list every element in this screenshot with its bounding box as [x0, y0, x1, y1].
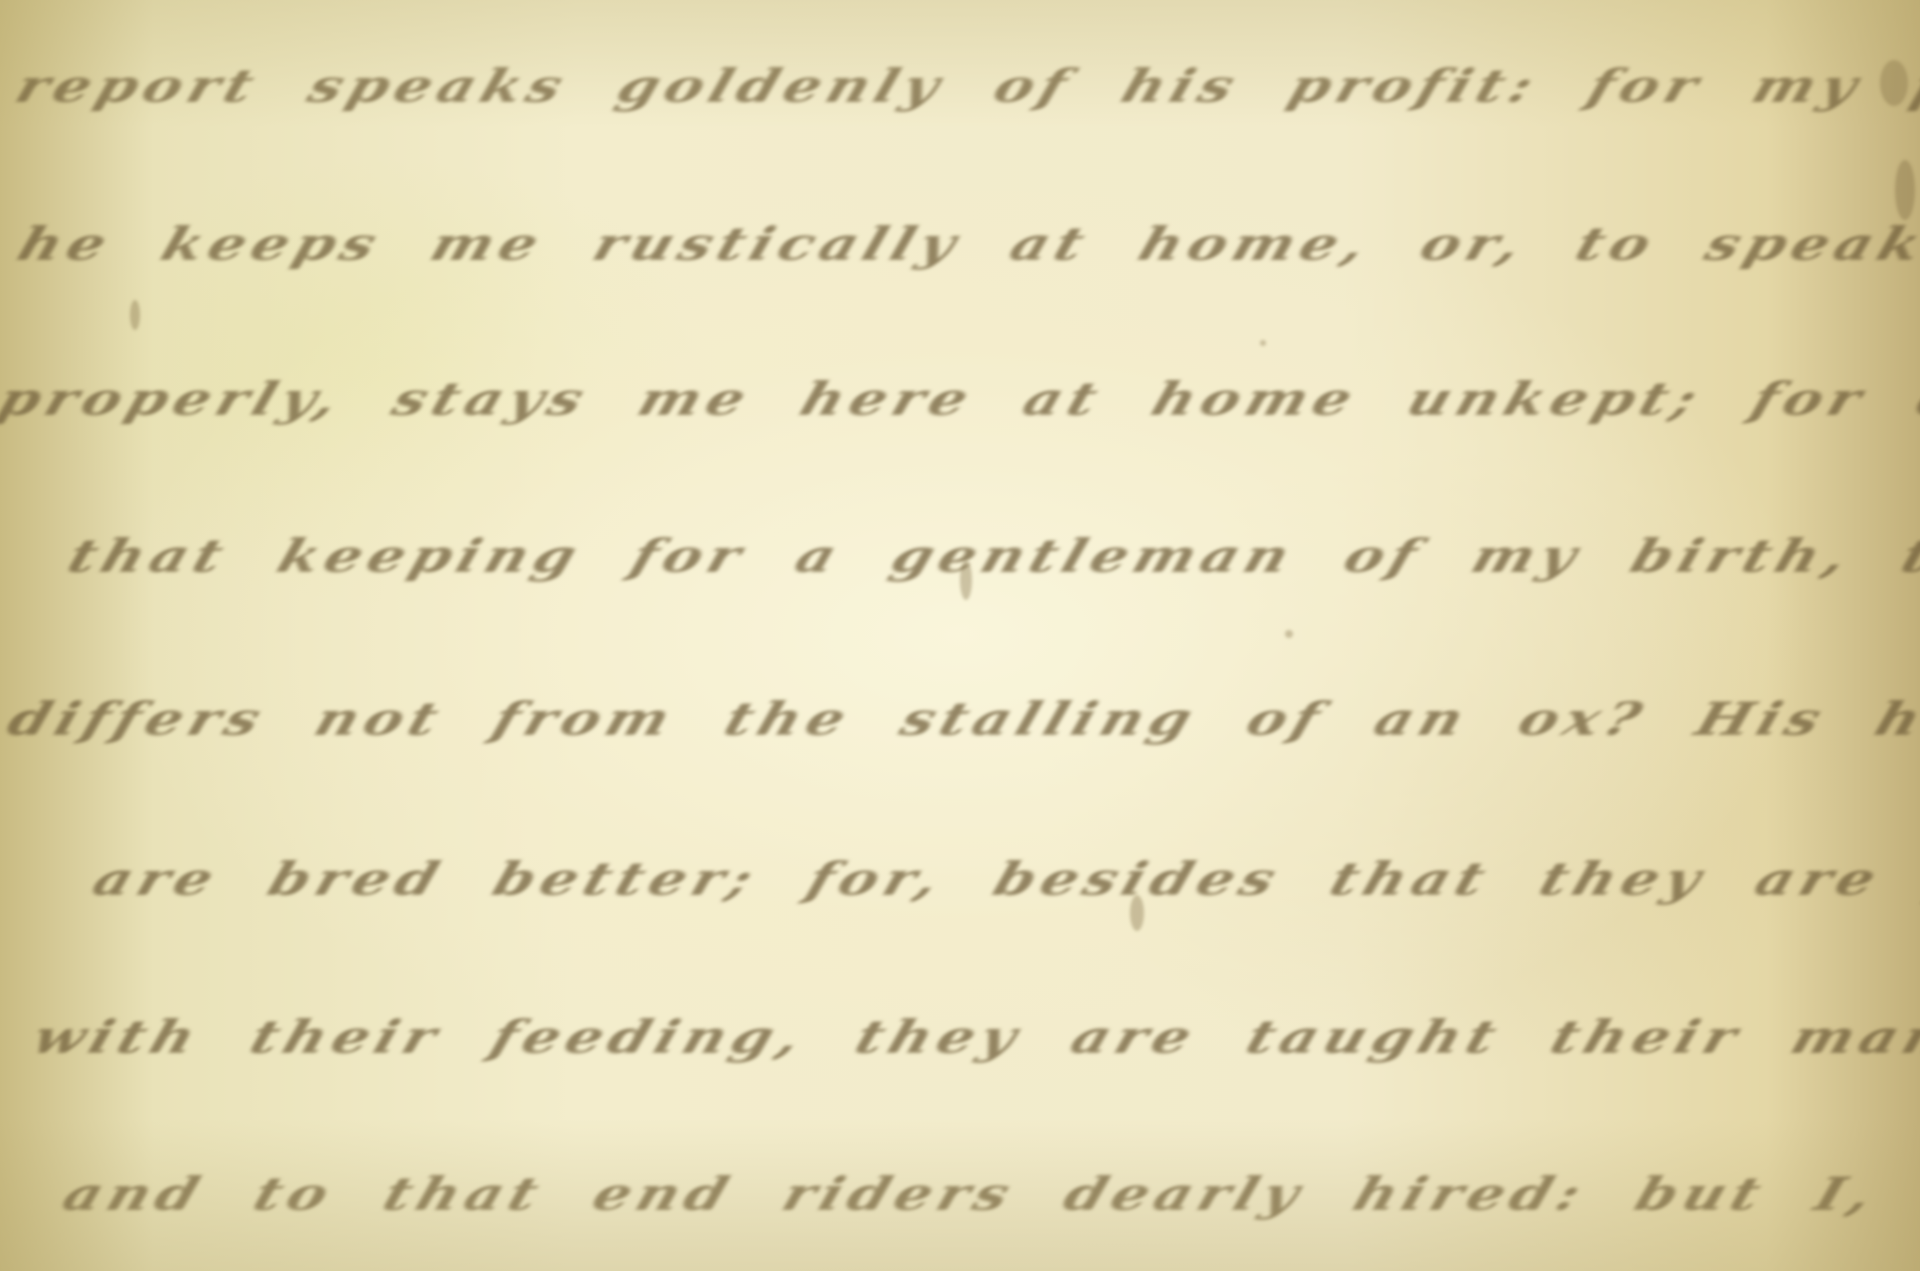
aged-paper-background	[0, 0, 1920, 1271]
ink-stain	[1260, 340, 1266, 346]
manuscript-line-7: with their feeding, they are taught thei…	[26, 1010, 1920, 1063]
manuscript-line-8: and to that end riders dearly hired: but…	[56, 1167, 1920, 1220]
ink-stain	[1285, 630, 1293, 638]
ink-stain	[130, 300, 140, 330]
manuscript-line-5: differs not from the stalling of an ox? …	[1, 692, 1920, 745]
manuscript-line-4: that keeping for a gentleman of my birth…	[61, 529, 1920, 582]
manuscript-line-1: report speaks goldenly of his profit: fo…	[9, 59, 1920, 112]
manuscript-line-2: he keeps me rustically at home, or, to s…	[11, 217, 1920, 270]
manuscript-line-3: properly, stays me here at home unkept; …	[0, 372, 1920, 425]
manuscript-line-6: are bred better; for, besides that they …	[86, 852, 1920, 905]
ink-stain	[1895, 160, 1915, 220]
